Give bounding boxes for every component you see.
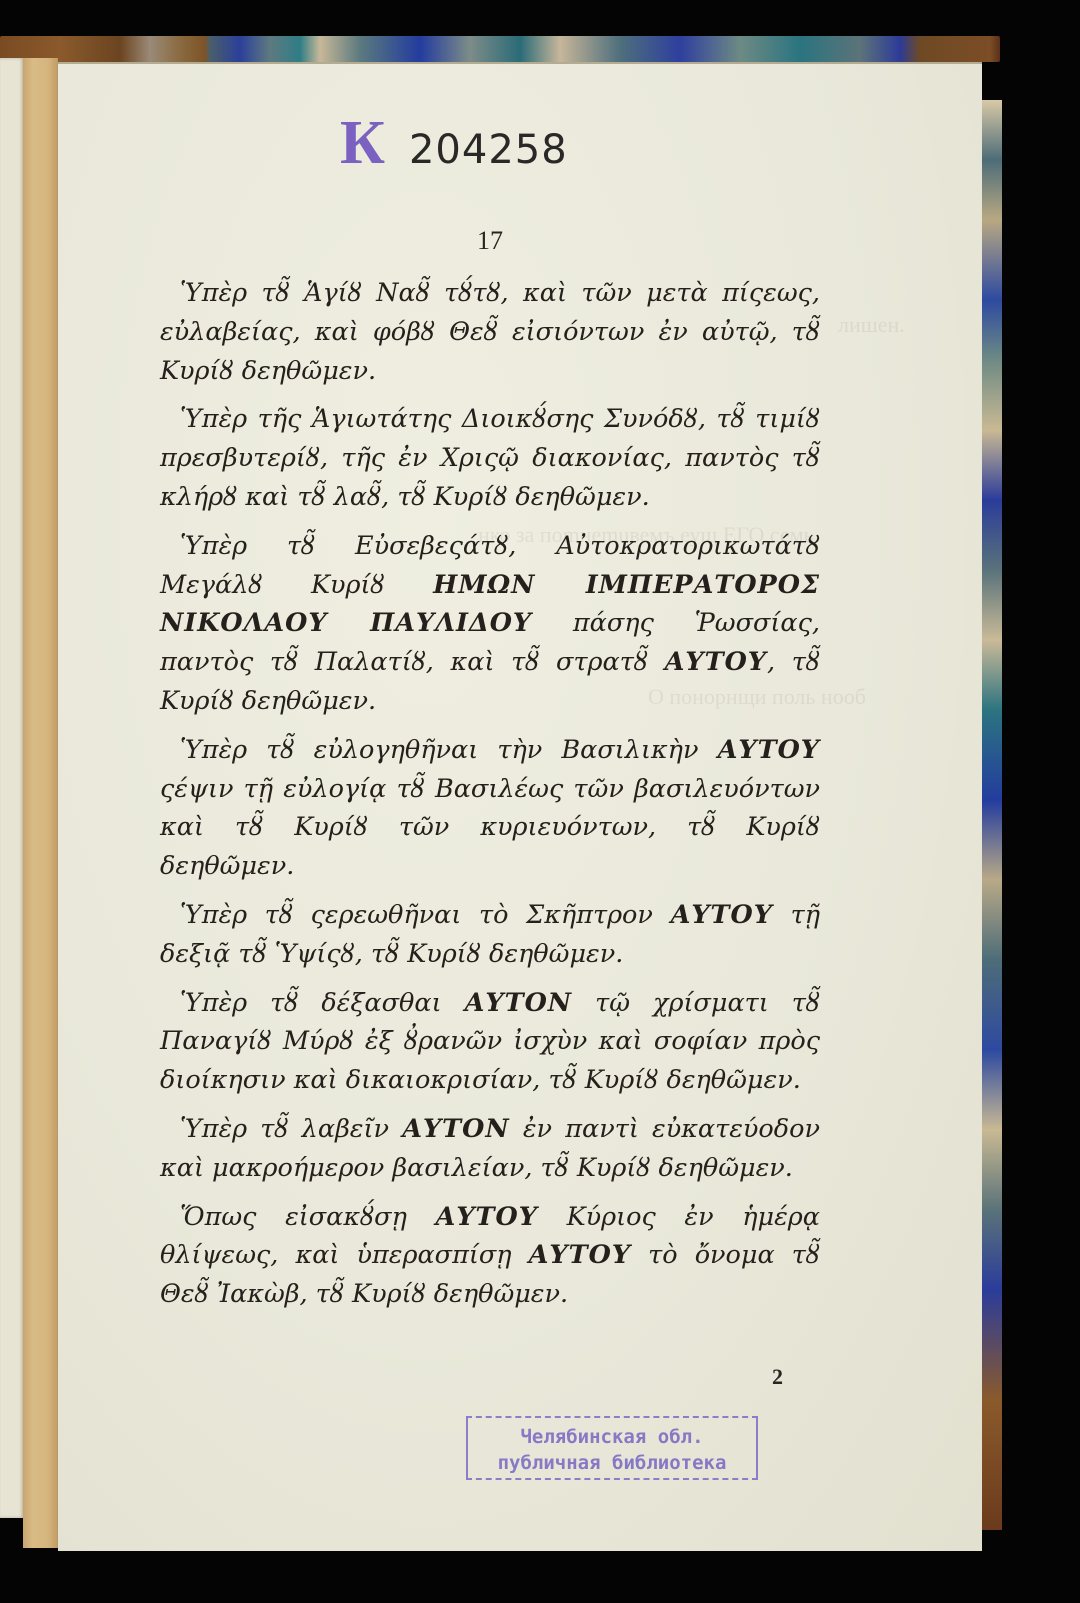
- capitalized-pronoun: ΑΥΤΟΥ: [529, 1240, 631, 1270]
- petition-paragraph: Ὑπὲρ τȣ̃ δέξασθαι ΑΥΤΟΝ τῷ χρίσματι τȣ̃ …: [160, 984, 820, 1100]
- stamp-line-1: Челябинская обл.: [468, 1424, 756, 1450]
- petition-paragraph: Ὑπὲρ τȣ̃ λαβεῖν ΑΥΤΟΝ ἐν παντὶ εὐκατεύοδ…: [160, 1110, 820, 1188]
- capitalized-pronoun: ΑΥΤΟΥ: [671, 900, 773, 930]
- paragraph-text: Ὅπως εἰσακȣ́σῃ: [180, 1202, 436, 1232]
- petition-paragraph: Ὑπὲρ τȣ̃ Εὐσεβεςάτȣ, Αὐτοκρατορικωτάτȣ Μ…: [160, 527, 820, 721]
- petition-paragraph: Ὑπὲρ τῆς Ἁγιωτάτης Διοικȣ́σης Συνόδȣ, τȣ…: [160, 400, 820, 516]
- paragraph-text: Ὑπὲρ τȣ̃ εὐλογηθῆναι τὴν Βασιλικὴν: [180, 735, 718, 765]
- capitalized-pronoun: ΑΥΤΟΥ: [718, 735, 820, 765]
- book-binding-top: [0, 36, 1000, 62]
- petition-paragraph: Ὑπὲρ τȣ̃ εὐλογηθῆναι τὴν Βασιλικὴν ΑΥΤΟΥ…: [160, 731, 820, 886]
- library-stamp: Челябинская обл. публичная библиотека: [466, 1416, 758, 1480]
- paragraph-text: Ὑπὲρ τȣ̃ λαβεῖν: [180, 1114, 402, 1144]
- petition-paragraph: Ὑπὲρ τȣ̃ ςερεωθῆναι τὸ Σκῆπτρον ΑΥΤΟΥ τῇ…: [160, 896, 820, 974]
- petition-paragraph: Ὑπὲρ τȣ̃ Ἁγίȣ Ναȣ̃ τȣ́τȣ, καὶ τῶν μετὰ π…: [160, 274, 820, 390]
- stamp-line-2: публичная библиотека: [468, 1450, 756, 1476]
- accession-number: 204258: [409, 130, 568, 170]
- previous-page-edge: [0, 58, 24, 1518]
- paragraph-text: ςέψιν τῇ εὐλογίᾳ τȣ̃ Βασιλέως τῶν βασιλε…: [160, 774, 820, 882]
- signature-mark: 2: [772, 1364, 783, 1390]
- page-content: К 204258 17 Ὑπὲρ τȣ̃ Ἁγίȣ Ναȣ̃ τȣ́τȣ, κα…: [160, 64, 820, 1551]
- paragraph-text: Ὑπὲρ τȣ̃ δέξασθαι: [180, 988, 465, 1018]
- petition-paragraph: Ὅπως εἰσακȣ́σῃ ΑΥΤΟΥ Κύριος ἐν ἡμέρᾳ θλί…: [160, 1198, 820, 1314]
- capitalized-pronoun: ΑΥΤΟΥ: [436, 1202, 538, 1232]
- liturgical-text: Ὑπὲρ τȣ̃ Ἁγίȣ Ναȣ̃ τȣ́τȣ, καὶ τῶν μετὰ π…: [160, 274, 820, 1324]
- capitalized-pronoun: ΑΥΤΟΝ: [402, 1114, 510, 1144]
- paragraph-text: Ὑπὲρ τȣ̃ ςερεωθῆναι τὸ Σκῆπτρον: [180, 900, 671, 930]
- marbled-edge-right: [982, 100, 1002, 1530]
- capitalized-pronoun: ΑΥΤΟΝ: [465, 988, 573, 1018]
- paragraph-text: Ὑπὲρ τῆς Ἁγιωτάτης Διοικȣ́σης Συνόδȣ, τȣ…: [160, 404, 820, 512]
- paragraph-text: Ὑπὲρ τȣ̃ Ἁγίȣ Ναȣ̃ τȣ́τȣ, καὶ τῶν μετὰ π…: [160, 278, 820, 386]
- binding-guard-strip: [23, 58, 58, 1548]
- page-number: 17: [160, 226, 820, 256]
- accession-stamp: К 204258: [340, 112, 568, 174]
- scan-scene: лишен. нко за поmнеmuвемъ еущ ЕГО семь O…: [0, 0, 1080, 1603]
- capitalized-pronoun: ΑΥΤΟΥ: [665, 647, 767, 677]
- accession-letter: К: [340, 112, 385, 174]
- bleed-through-text: лишен.: [838, 312, 905, 338]
- book-page: лишен. нко за поmнеmuвемъ еущ ЕГО семь O…: [58, 62, 982, 1551]
